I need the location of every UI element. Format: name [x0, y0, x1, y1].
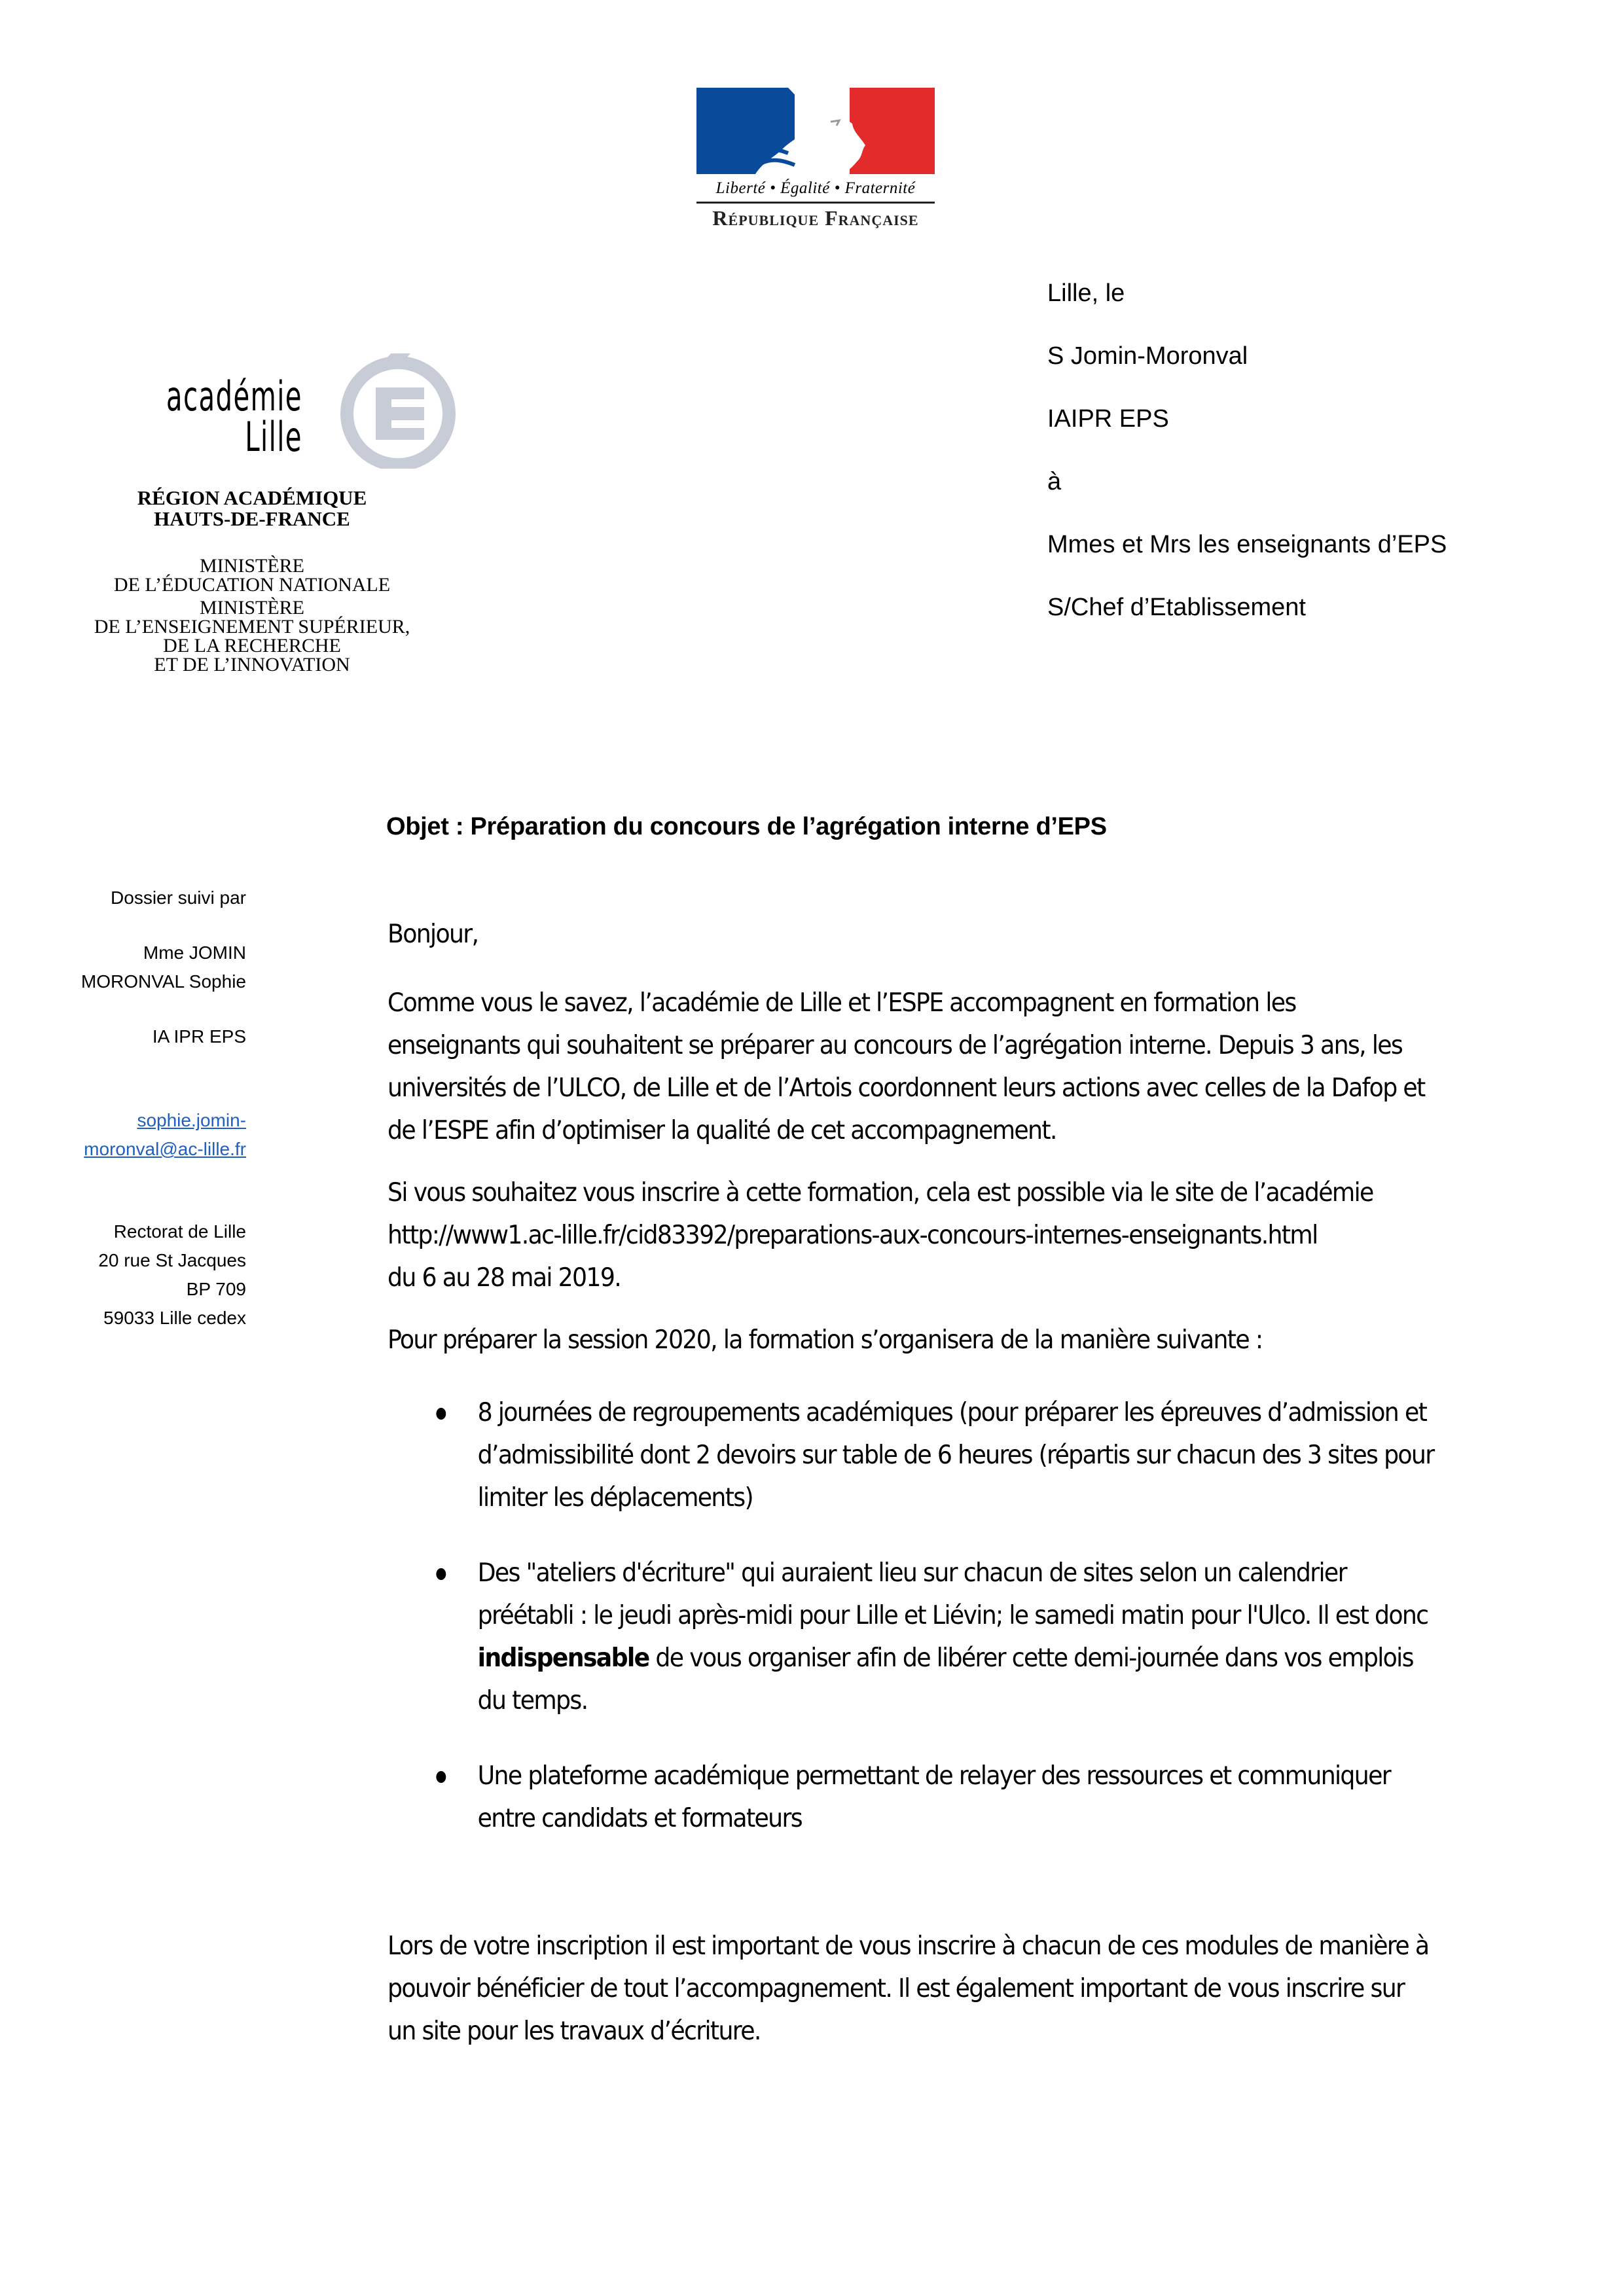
place-date: Lille, le [1047, 274, 1447, 336]
region-heading: RÉGION ACADÉMIQUE HAUTS-DE-FRANCE [72, 488, 432, 529]
emphasis: indispensable [478, 1643, 649, 1673]
paragraph-registration: Si vous souhaitez vous inscrire à cette … [388, 1172, 1435, 1299]
letter-body: Bonjour, Comme vous le savez, l’académie… [388, 913, 1435, 2072]
paragraph-closing: Lors de votre inscription il est importa… [388, 1925, 1435, 2053]
contact-sidebar: Dossier suivi par Mme JOMIN MORONVAL Sop… [30, 884, 246, 1359]
sender-role: IAIPR EPS [1047, 399, 1447, 462]
via-head: S/Chef d’Etablissement [1047, 588, 1447, 651]
to-label: à [1047, 462, 1447, 525]
email-link[interactable]: sophie.jomin- moronval@ac-lille.fr [84, 1110, 246, 1159]
training-list: 8 journées de regroupements académiques … [388, 1391, 1435, 1840]
postal-address: Rectorat de Lille 20 rue St Jacques BP 7… [30, 1217, 246, 1333]
e-emblem-icon [340, 353, 456, 469]
tricolor-flag [696, 88, 935, 174]
paragraph-intro: Comme vous le savez, l’académie de Lille… [388, 982, 1435, 1152]
motto: Liberté • Égalité • Fraternité [696, 179, 935, 204]
recipients: Mmes et Mrs les enseignants d’EPS [1047, 525, 1447, 588]
address-block: Lille, le S Jomin-Moronval IAIPR EPS à M… [1047, 274, 1447, 651]
subject-line: Objet : Préparation du concours de l’agr… [386, 813, 1107, 841]
list-item: 8 journées de regroupements académiques … [388, 1391, 1435, 1519]
marianne-profile-icon [696, 88, 935, 174]
greeting: Bonjour, [388, 913, 1435, 956]
contact-name: Mme JOMIN [30, 939, 246, 967]
contact-name-cont: MORONVAL Sophie [30, 967, 246, 996]
academy-name: académie Lille [166, 376, 302, 457]
list-item: Une plateforme académique permettant de … [388, 1755, 1435, 1840]
ministries-heading: MINISTÈRE DE L’ÉDUCATION NATIONALE MINIS… [65, 556, 439, 674]
academy-logo: académie Lille [151, 308, 432, 484]
contact-role: IA IPR EPS [30, 1022, 246, 1051]
bullet-icon [436, 1568, 446, 1580]
bullet-icon [436, 1408, 446, 1420]
republic-name: République Française [696, 206, 935, 230]
bullet-icon [436, 1771, 446, 1783]
paragraph-organisation: Pour préparer la session 2020, la format… [388, 1319, 1435, 1361]
sender-name: S Jomin-Moronval [1047, 336, 1447, 399]
registration-url: http://www1.ac-lille.fr/cid83392/prepara… [388, 1221, 1317, 1250]
marianne-logo: Liberté • Égalité • Fraternité Républiqu… [696, 88, 935, 230]
registration-dates: du 6 au 28 mai 2019. [388, 1263, 621, 1293]
list-item: Des "ateliers d'écriture" qui auraient l… [388, 1552, 1435, 1722]
followed-by-label: Dossier suivi par [30, 884, 246, 912]
